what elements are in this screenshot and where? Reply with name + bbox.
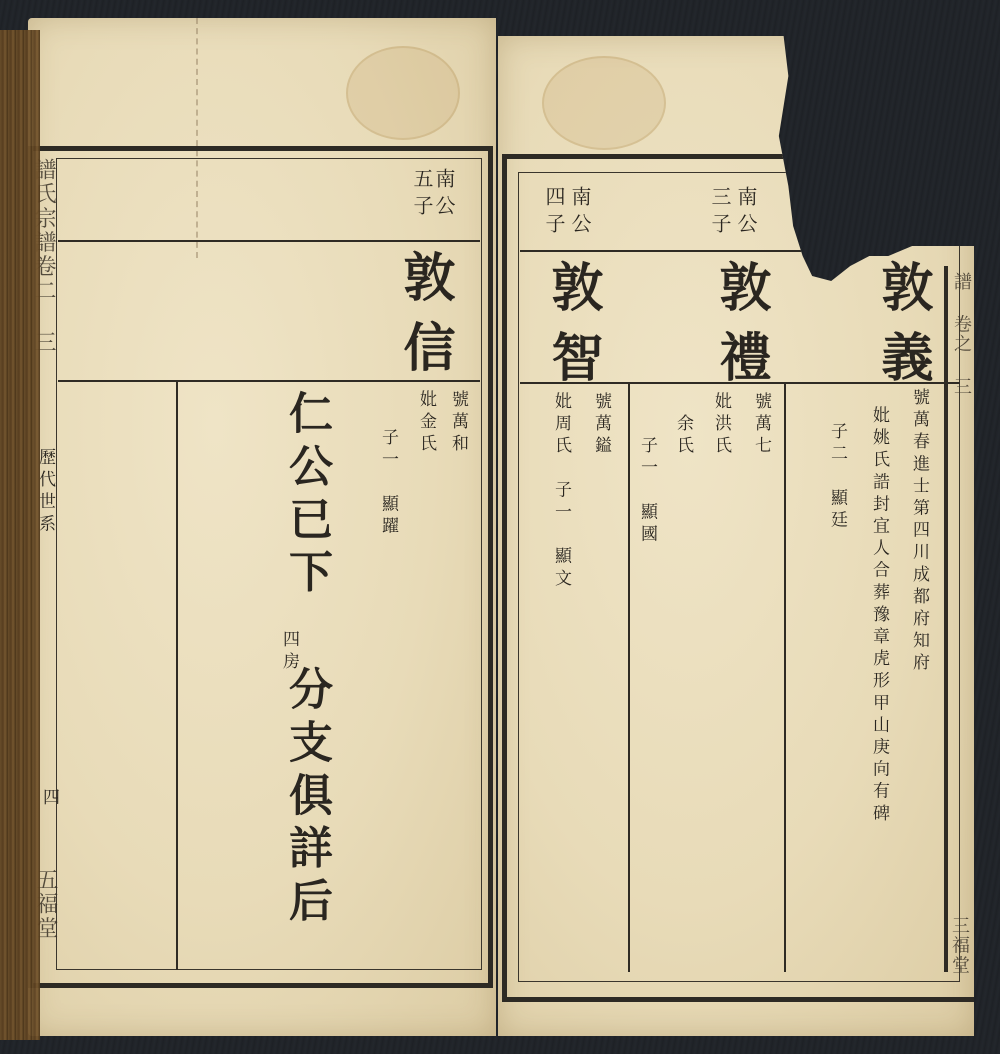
margin-book-title: 譜 卷之 三 [952,272,970,397]
branch-note-main: 仁公已下 [284,390,328,601]
detail-spouse: 妣姚氏誥封宜人合葬豫章虎形甲山庚向有碑 [870,406,887,826]
left-page: 南公 五子 敦信 號萬和 妣金氏 子一 顯躍 仁公已下 四房 分支俱詳后 譜氏宗… [28,18,496,1036]
lineage-col-1: 南公 [736,186,756,240]
detail-spouse-2: 余氏 [674,414,691,458]
margin-hall-name: 三福堂 [950,916,968,975]
book-spine-edge [0,30,40,1040]
person-name: 敦禮 [714,260,766,400]
person-name: 敦智 [546,260,598,400]
detail-children: 子一 顯國 [638,436,655,547]
detail-children: 子一 顯躍 [379,428,396,539]
detail-spouse: 妣金氏 [417,390,434,456]
detail-title: 號萬和 [449,390,466,456]
lineage-col-1: 南公 [570,186,590,240]
detail-title: 號萬春進士第四川成都府知府 [910,388,927,675]
detail-spouse-children: 妣周氏 子一 顯文 [552,392,569,591]
detail-children: 子二 顯廷 [828,422,845,533]
lineage-col-1: 南公 [434,168,454,222]
lineage-col-2: 三子 [710,186,730,240]
header-rule [520,250,820,252]
column-rule [176,380,178,970]
branch-note-main2: 分支俱詳后 [284,666,328,930]
column-rule [784,382,786,972]
detail-title: 號萬鎰 [592,392,609,458]
water-stain [346,46,460,140]
person-name: 敦信 [398,250,450,390]
person-name: 敦義 [876,260,928,400]
lineage-col-2: 五子 [412,168,432,222]
detail-title: 號萬七 [752,392,769,458]
margin-rule [944,266,948,972]
water-stain [542,56,666,150]
header-rule [58,240,480,242]
column-rule [628,382,630,972]
lineage-col-2: 四子 [544,186,564,240]
margin-page-number: 四 [40,788,57,810]
detail-spouse: 妣洪氏 [712,392,729,458]
